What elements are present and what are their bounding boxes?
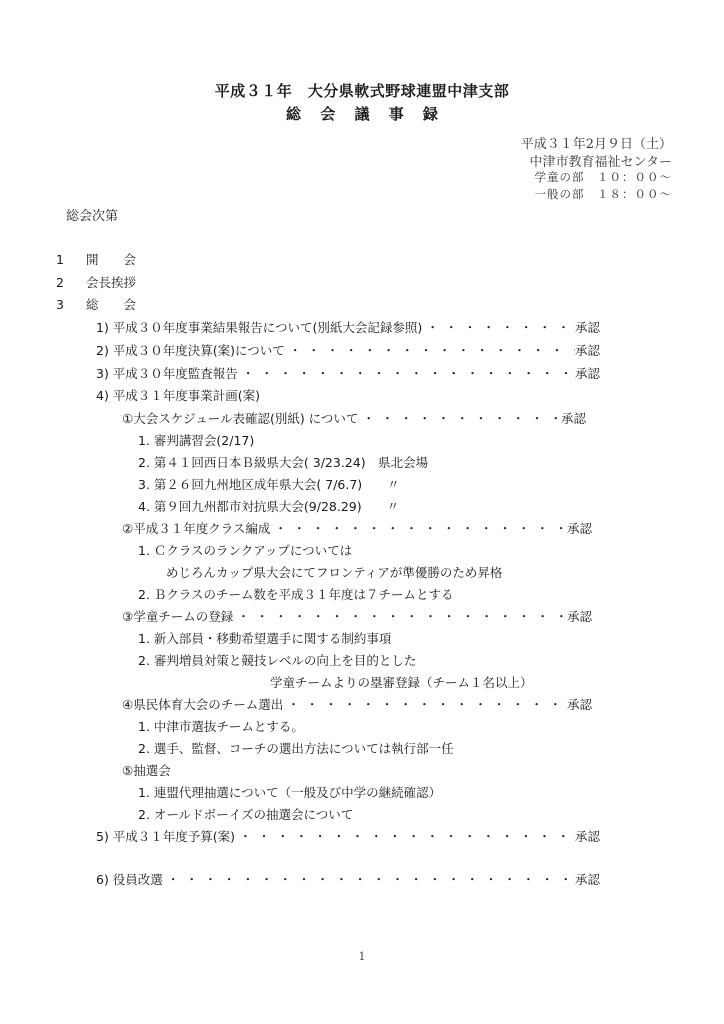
sub-1-row: ①大会スケジュール表確認(別紙) について ・・・・・・・・・・・・・・・・・・… [122, 409, 586, 427]
sub-1-item-4: 4. 第９回九州都市対抗県大会(9/28.29) 〃 [138, 497, 399, 515]
sub-3-item-2-detail: 学童チームよりの塁審登録（チーム１名以上） [270, 673, 533, 691]
sub-5-item-2: 2. オールドボーイズの抽選会について [138, 805, 353, 823]
item-4-text: 4) 平成３１年度事業計画(案) [96, 386, 260, 404]
item-3-row: 3) 平成３０年度監査報告 ・・・・・・・・・・・・・・・・・・・・・・・・・・… [96, 364, 600, 382]
sub-2-item-1: 1. Ｃクラスのランクアップについては [138, 541, 352, 559]
agenda-label: 開 会 [86, 252, 136, 267]
section-title: 総会次第 [66, 205, 118, 224]
item-5-result: 承認 [575, 827, 600, 845]
meeting-venue: 中津市教育福祉センター [530, 151, 672, 170]
item-1-text: 1) 平成３０年度事業結果報告について(別紙大会記録参照) [96, 318, 422, 336]
item-6-text: 6) 役員改選 [96, 870, 163, 888]
agenda-number: 2 [56, 275, 82, 290]
item-3-result: 承認 [575, 364, 600, 382]
leader-dots: ・・・・・・・・・・・・・・・・・・・・・・・・・・・・・・・・・・・・・・・・ [285, 341, 575, 359]
sub-2-item-1-detail: めじろんカップ県大会にてフロンティアが準優勝のため昇格 [166, 563, 502, 581]
sub-4-row: ④県民体育大会のチーム選出 ・・・・・・・・・・・・・・・・・・・・・・・・・・… [122, 695, 592, 713]
leader-dots: ・・・・・・・・・・・・・・・・・・・・・・・・・・・・・・・・・・・・・・・・ [233, 607, 567, 625]
item-3-text: 3) 平成３０年度監査報告 [96, 364, 238, 382]
leader-dots: ・・・・・・・・・・・・・・・・・・・・・・・・・・・・・・・・・・・・・・・・ [235, 827, 575, 845]
agenda-item-1: 1 開 会 [56, 250, 136, 268]
sub-4-text: ④県民体育大会のチーム選出 [122, 695, 283, 713]
document-subtitle: 総 会 議 事 録 [0, 103, 724, 124]
sub-3-result: 承認 [567, 607, 592, 625]
agenda-number: 1 [56, 252, 82, 267]
item-2-row: 2) 平成３０年度決算(案)について ・・・・・・・・・・・・・・・・・・・・・… [96, 341, 600, 359]
sub-3-row: ③学童チームの登録 ・・・・・・・・・・・・・・・・・・・・・・・・・・・・・・… [122, 607, 592, 625]
sub-2-result: 承認 [567, 519, 592, 537]
sub-4-item-1: 1. 中津市選抜チームとする。 [138, 717, 304, 735]
item-6-row: 6) 役員改選 ・・・・・・・・・・・・・・・・・・・・・・・・・・・・・・・・… [96, 870, 600, 888]
agenda-number: 3 [56, 297, 82, 312]
leader-dots: ・・・・・・・・・・・・・・・・・・・・・・・・・・・・・・・・・・・・・・・・ [270, 519, 567, 537]
sub-1-item-3: 3. 第２６回九州地区成年県大会( 7/6.7) 〃 [138, 475, 400, 493]
item-1-result: 承認 [575, 318, 600, 336]
agenda-item-2: 2 会長挨拶 [56, 273, 136, 291]
sub-1-item-2: 2. 第４１回西日本Ｂ級県大会( 3/23.24) 県北会場 [138, 453, 428, 471]
document-title: 平成３１年 大分県軟式野球連盟中津支部 [0, 80, 724, 101]
session-general: 一般の部 １８：００～ [535, 186, 673, 202]
sub-5-text: ⑤抽選会 [122, 761, 171, 779]
leader-dots: ・・・・・・・・・・・・・・・・・・・・・・・・・・・・・・・・・・・・・・・・ [358, 409, 561, 427]
agenda-item-3: 3 総 会 [56, 295, 136, 313]
item-2-result: 承認 [575, 341, 600, 359]
sub-2-row: ②平成３１年度クラス編成 ・・・・・・・・・・・・・・・・・・・・・・・・・・・… [122, 519, 592, 537]
sub-3-item-2: 2. 審判増員対策と競技レベルの向上を目的とした [138, 651, 416, 669]
sub-1-result: 承認 [561, 409, 586, 427]
sub-1-text: ①大会スケジュール表確認(別紙) について [122, 409, 358, 427]
item-6-result: 承認 [575, 870, 600, 888]
leader-dots: ・・・・・・・・・・・・・・・・・・・・・・・・・・・・・・・・・・・・・・・・ [163, 870, 575, 888]
leader-dots: ・・・・・・・・・・・・・・・・・・・・・・・・・・・・・・・・・・・・・・・・ [238, 364, 575, 382]
leader-dots: ・・・・・・・・・・・・・・・・・・・・・・・・・・・・・・・・・・・・・・・・ [422, 318, 575, 336]
sub-5-item-1: 1. 連盟代理抽選について（一般及び中学の継続確認） [138, 783, 441, 801]
sub-3-text: ③学童チームの登録 [122, 607, 233, 625]
item-2-text: 2) 平成３０年度決算(案)について [96, 341, 285, 359]
sub-2-text: ②平成３１年度クラス編成 [122, 519, 270, 537]
page-number: 1 [0, 950, 724, 963]
sub-4-item-2: 2. 選手、監督、コーチの選出方法については執行部一任 [138, 739, 454, 757]
leader-dots: ・・・・・・・・・・・・・・・・・・・・・・・・・・・・・・・・・・・・・・・・ [283, 695, 567, 713]
sub-1-item-1: 1. 審判講習会(2/17) [138, 431, 254, 449]
item-1-row: 1) 平成３０年度事業結果報告について(別紙大会記録参照) ・・・・・・・・・・… [96, 318, 600, 336]
meeting-date: 平成３１年2月９日（土） [521, 133, 672, 152]
session-children: 学童の部 １０：００～ [535, 169, 673, 185]
sub-4-result: 承認 [567, 695, 592, 713]
agenda-label: 総 会 [86, 297, 136, 312]
agenda-label: 会長挨拶 [86, 275, 136, 290]
item-5-text: 5) 平成３１年度予算(案) [96, 827, 235, 845]
sub-3-item-1: 1. 新入部員・移動希望選手に関する制約事項 [138, 629, 391, 647]
item-5-row: 5) 平成３１年度予算(案) ・・・・・・・・・・・・・・・・・・・・・・・・・… [96, 827, 600, 845]
sub-2-item-2: 2. Ｂクラスのチーム数を平成３１年度は７チームとする [138, 585, 454, 603]
